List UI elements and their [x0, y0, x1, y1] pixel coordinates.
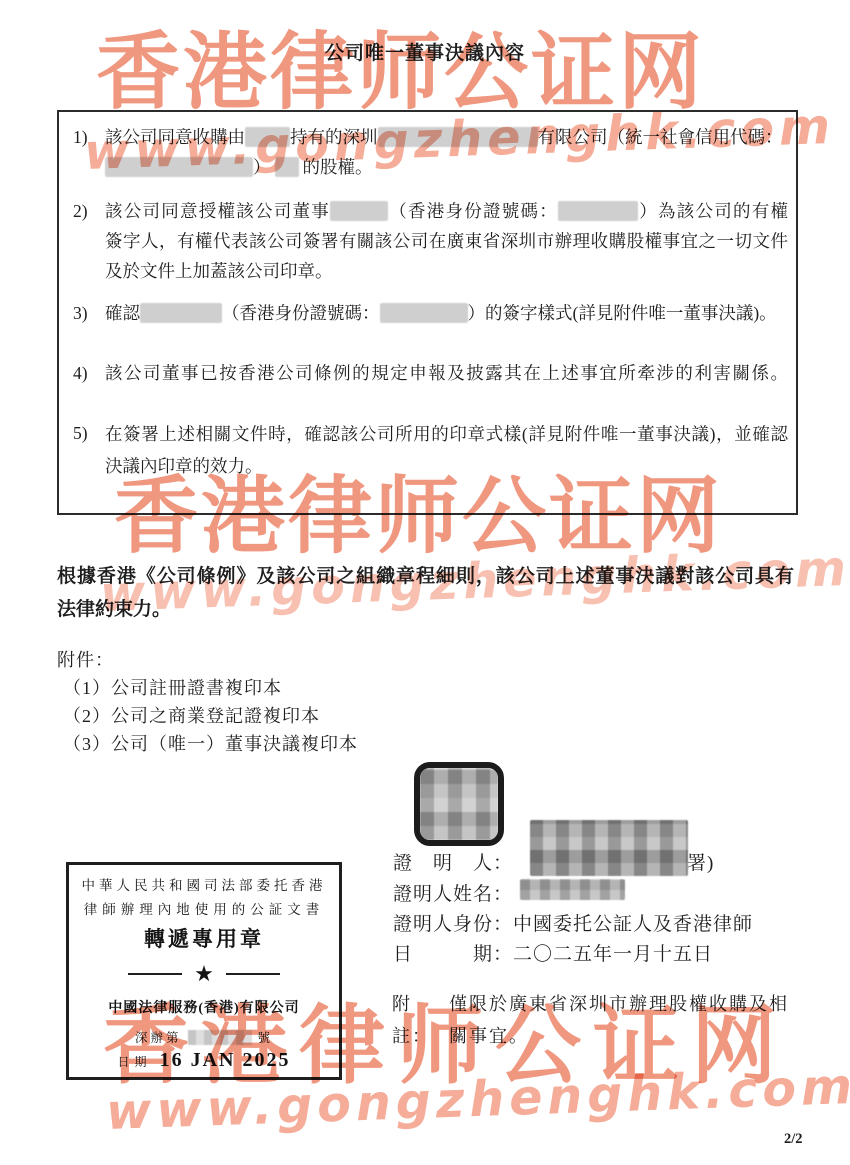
item-number: 2) — [73, 196, 105, 286]
attachment-item: （1）公司註冊證書複印本 — [57, 674, 358, 702]
redacted-name — [520, 879, 625, 900]
resolution-item-3: 3) 確認（香港身份證號碼：）的簽字樣式(詳見附件唯一董事決議)。 — [73, 298, 788, 328]
text-run: 該公司同意授權該公司董事 — [105, 201, 330, 221]
resolution-box: 1) 該公司同意收購由持有的深圳有限公司（統一社會信用代碼： ）的股權。 2) … — [57, 110, 798, 515]
text-run: 有限公司（統一社會信用代碼： — [538, 127, 783, 147]
legal-statement-line: 法律約束力。 — [57, 593, 794, 626]
redacted-text — [245, 127, 290, 147]
item-number: 4) — [73, 358, 105, 388]
certifier-label: 日 期： — [393, 944, 513, 965]
certifier-signature-suffix: 署) — [687, 848, 714, 875]
note-line: 僅限於廣東省深圳市辦理股權收購及相 — [449, 988, 789, 1020]
item-number: 3) — [73, 298, 105, 328]
text-run: （香港身份證號碼： — [222, 303, 380, 323]
redacted-signature — [530, 820, 688, 876]
redacted-seal-image — [420, 768, 498, 840]
resolution-text-line: 確認（香港身份證號碼：）的簽字樣式(詳見附件唯一董事決議)。 — [105, 298, 788, 328]
certifier-value: 二〇二五年一月十五日 — [513, 944, 713, 965]
certifier-row: 證 明 人： — [393, 848, 513, 875]
text-run: 確認 — [105, 303, 140, 323]
stamp-date-row: 日期16 JAN 2025 — [69, 1049, 339, 1072]
note-line: 關事宜。 — [449, 1020, 789, 1052]
attachments-label: 附件： — [57, 646, 358, 674]
item-number: 1) — [73, 122, 105, 182]
certifier-row: 日 期：二〇二五年一月十五日 — [393, 939, 713, 966]
resolution-text-line: 決議內印章的效力。 — [105, 450, 788, 482]
serial-suffix: 號 — [258, 1031, 274, 1045]
transfer-stamp: 中華人民共和國司法部委托香港 律師辦理內地使用的公証文書 轉遞專用章 ★ 中國法… — [66, 862, 342, 1080]
serial-prefix: 深辦第 — [135, 1031, 182, 1045]
text-run: ）為該公司的有權 — [638, 201, 788, 221]
certifier-seal — [414, 762, 504, 846]
note-label: 附註： — [392, 988, 449, 1052]
stamp-star-divider: ★ — [69, 963, 339, 985]
certifier-label: 證 明 人： — [393, 853, 513, 874]
text-run: 持有的深圳 — [290, 127, 378, 147]
attachment-item: （2）公司之商業登記證複印本 — [57, 702, 358, 730]
stamp-serial-row: 深辦第號 — [69, 1028, 339, 1046]
note-block: 附註： 僅限於廣東省深圳市辦理股權收購及相 關事宜。 — [392, 988, 789, 1052]
stamp-title: 轉遞專用章 — [69, 923, 339, 953]
redacted-text — [378, 127, 538, 147]
resolution-text-line: 該公司董事已按香港公司條例的規定申報及披露其在上述事宜所牽涉的利害關係。 — [105, 358, 788, 388]
date-value: 16 JAN 2025 — [160, 1049, 291, 1071]
stamp-company: 中國法律服務(香港)有限公司 — [69, 997, 339, 1017]
divider-line — [128, 973, 182, 975]
attachment-item: （3）公司（唯一）董事決議複印本 — [57, 730, 358, 758]
text-run: ）的簽字樣式(詳見附件唯一董事決議)。 — [468, 303, 777, 323]
resolution-text-line: 該公司同意授權該公司董事（香港身份證號碼：）為該公司的有權 — [105, 196, 788, 226]
resolution-item-1: 1) 該公司同意收購由持有的深圳有限公司（統一社會信用代碼： ）的股權。 — [73, 122, 788, 182]
resolution-text-line: 簽字人，有權代表該公司簽署有關該公司在廣東省深圳市辦理收購股權事宜之一切文件 — [105, 226, 788, 256]
certifier-row: 證明人身份：中國委托公証人及香港律師 — [393, 909, 753, 936]
certifier-label: 證明人身份： — [393, 914, 513, 935]
legal-statement-line: 根據香港《公司條例》及該公司之組織章程細則，該公司上述董事決議對該公司具有 — [57, 560, 794, 593]
resolution-text-line: ）的股權。 — [105, 152, 788, 182]
page-title: 公司唯一董事決議內容 — [0, 38, 850, 65]
stamp-header-line: 中華人民共和國司法部委托香港 — [69, 874, 339, 894]
redacted-text — [380, 303, 468, 323]
resolution-text-line: 在簽署上述相關文件時，確認該公司所用的印章式樣(詳見附件唯一董事決議)，並確認 — [105, 418, 788, 450]
resolution-text-line: 及於文件上加蓋該公司印章。 — [105, 256, 788, 286]
redacted-text — [330, 201, 388, 221]
redacted-text — [275, 157, 299, 177]
resolution-item-4: 4) 該公司董事已按香港公司條例的規定申報及披露其在上述事宜所牽涉的利害關係。 — [73, 358, 788, 388]
certifier-label: 證明人姓名： — [393, 884, 513, 905]
redacted-text — [105, 157, 253, 177]
item-number: 5) — [73, 418, 105, 482]
attachments-list: 附件： （1）公司註冊證書複印本 （2）公司之商業登記證複印本 （3）公司（唯一… — [57, 646, 358, 758]
redacted-serial — [188, 1030, 252, 1045]
resolution-text-line: 該公司同意收購由持有的深圳有限公司（統一社會信用代碼： — [105, 122, 788, 152]
stamp-header-line: 律師辦理內地使用的公証文書 — [69, 898, 339, 918]
redacted-text — [140, 303, 222, 323]
divider-line — [226, 973, 280, 975]
legal-statement: 根據香港《公司條例》及該公司之組織章程細則，該公司上述董事決議對該公司具有 法律… — [57, 560, 794, 626]
resolution-item-5: 5) 在簽署上述相關文件時，確認該公司所用的印章式樣(詳見附件唯一董事決議)，並… — [73, 418, 788, 482]
redacted-text — [558, 201, 638, 221]
date-label: 日期 — [118, 1055, 152, 1069]
page-number: 2/2 — [784, 1131, 803, 1148]
text-run: ） — [253, 157, 271, 177]
text-run: （香港身份證號碼： — [388, 201, 558, 221]
certifier-value: 中國委托公証人及香港律師 — [513, 914, 753, 935]
text-run: 該公司同意收購由 — [105, 127, 245, 147]
text-run: 的股權。 — [303, 157, 373, 177]
resolution-item-2: 2) 該公司同意授權該公司董事（香港身份證號碼：）為該公司的有權 簽字人，有權代… — [73, 196, 788, 286]
certifier-row: 證明人姓名： — [393, 879, 513, 906]
star-icon: ★ — [194, 963, 214, 985]
